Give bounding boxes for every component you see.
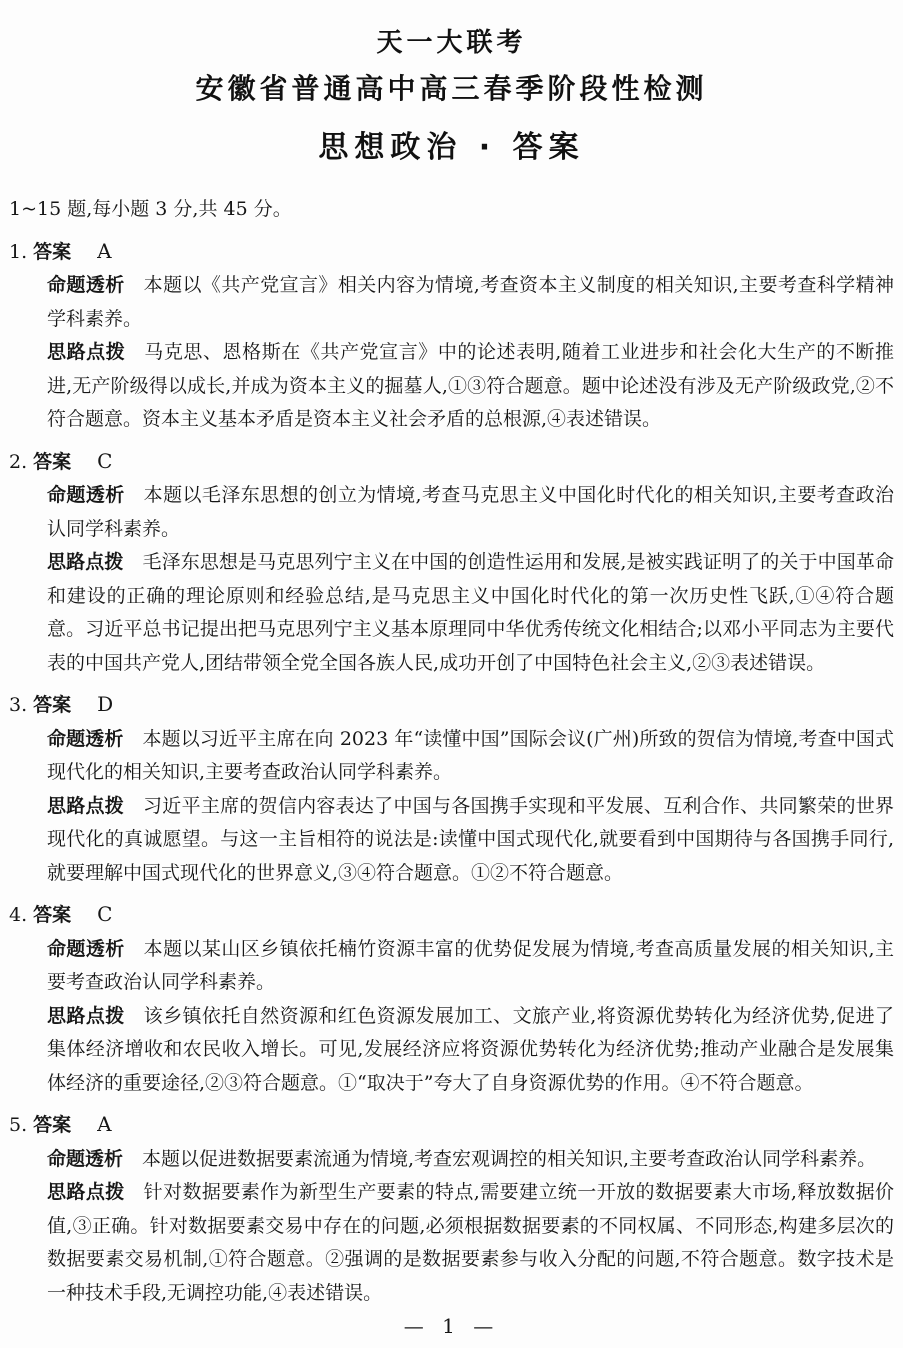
answer-line: 3.答案D bbox=[9, 688, 894, 723]
answer-line: 4.答案C bbox=[9, 898, 894, 933]
answer-letter: C bbox=[97, 449, 112, 473]
scoring-note: 1~15 题,每小题 3 分,共 45 分。 bbox=[9, 193, 894, 227]
question-number: 4. bbox=[9, 904, 33, 926]
subject-answer-title: 思想政治 · 答案 bbox=[0, 131, 903, 165]
answer-label: 答案 bbox=[33, 694, 97, 716]
answer-label: 答案 bbox=[33, 451, 97, 473]
tips-paragraph: 思路点拨习近平主席的贺信内容表达了中国与各国携手实现和平发展、互利合作、共同繁荣… bbox=[9, 790, 894, 891]
tips-text: 毛泽东思想是马克思列宁主义在中国的创造性运用和发展,是被实践证明了的关于中国革命… bbox=[47, 551, 894, 674]
analysis-text: 本题以《共产党宣言》相关内容为情境,考查资本主义制度的相关知识,主要考查科学精神… bbox=[47, 274, 894, 330]
question-number: 3. bbox=[9, 694, 33, 716]
tips-paragraph: 思路点拨马克思、恩格斯在《共产党宣言》中的论述表明,随着工业进步和社会化大生产的… bbox=[9, 336, 894, 437]
question-block-2: 2.答案C 命题透析本题以毛泽东思想的创立为情境,考查马克思主义中国化时代化的相… bbox=[9, 445, 894, 681]
answer-line: 1.答案A bbox=[9, 235, 894, 270]
page-header: 天一大联考 安徽省普通高中高三春季阶段性检测 思想政治 · 答案 bbox=[0, 0, 903, 165]
question-number: 1. bbox=[9, 241, 33, 263]
tips-label: 思路点拨 bbox=[47, 1181, 125, 1203]
tips-label: 思路点拨 bbox=[47, 795, 124, 817]
tips-text: 习近平主席的贺信内容表达了中国与各国携手实现和平发展、互利合作、共同繁荣的世界现… bbox=[47, 795, 894, 884]
answer-sheet-page: 天一大联考 安徽省普通高中高三春季阶段性检测 思想政治 · 答案 1~15 题,… bbox=[0, 0, 903, 1348]
tips-text: 该乡镇依托自然资源和红色资源发展加工、文旅产业,将资源优势转化为经济优势,促进了… bbox=[47, 1005, 894, 1094]
analysis-text: 本题以习近平主席在向 2023 年“读懂中国”国际会议(广州)所致的贺信为情境,… bbox=[47, 728, 894, 784]
question-block-1: 1.答案A 命题透析本题以《共产党宣言》相关内容为情境,考查资本主义制度的相关知… bbox=[9, 235, 894, 437]
analysis-label: 命题透析 bbox=[47, 938, 125, 960]
tips-label: 思路点拨 bbox=[47, 341, 125, 363]
answer-line: 2.答案C bbox=[9, 445, 894, 480]
answer-letter: D bbox=[97, 692, 113, 716]
exam-brand-title: 天一大联考 bbox=[0, 28, 903, 58]
question-block-4: 4.答案C 命题透析本题以某山区乡镇依托楠竹资源丰富的优势促发展为情境,考查高质… bbox=[9, 898, 894, 1100]
analysis-text: 本题以毛泽东思想的创立为情境,考查马克思主义中国化时代化的相关知识,主要考查政治… bbox=[47, 484, 894, 540]
analysis-paragraph: 命题透析本题以毛泽东思想的创立为情境,考查马克思主义中国化时代化的相关知识,主要… bbox=[9, 479, 894, 546]
answer-label: 答案 bbox=[33, 1114, 97, 1136]
analysis-text: 本题以促进数据要素流通为情境,考查宏观调控的相关知识,主要考查政治认同学科素养。 bbox=[142, 1148, 876, 1170]
analysis-label: 命题透析 bbox=[47, 728, 123, 750]
answer-label: 答案 bbox=[33, 241, 97, 263]
tips-label: 思路点拨 bbox=[47, 1005, 125, 1027]
answer-letter: A bbox=[97, 1112, 111, 1136]
question-block-3: 3.答案D 命题透析本题以习近平主席在向 2023 年“读懂中国”国际会议(广州… bbox=[9, 688, 894, 890]
answer-line: 5.答案A bbox=[9, 1108, 894, 1143]
analysis-label: 命题透析 bbox=[47, 274, 125, 296]
answer-label: 答案 bbox=[33, 904, 97, 926]
tips-paragraph: 思路点拨该乡镇依托自然资源和红色资源发展加工、文旅产业,将资源优势转化为经济优势… bbox=[9, 1000, 894, 1101]
tips-paragraph: 思路点拨针对数据要素作为新型生产要素的特点,需要建立统一开放的数据要素大市场,释… bbox=[9, 1176, 894, 1310]
analysis-paragraph: 命题透析本题以某山区乡镇依托楠竹资源丰富的优势促发展为情境,考查高质量发展的相关… bbox=[9, 933, 894, 1000]
question-number: 5. bbox=[9, 1114, 33, 1136]
exam-name-title: 安徽省普通高中高三春季阶段性检测 bbox=[0, 73, 903, 105]
answer-letter: A bbox=[97, 239, 111, 263]
analysis-paragraph: 命题透析本题以《共产党宣言》相关内容为情境,考查资本主义制度的相关知识,主要考查… bbox=[9, 269, 894, 336]
question-block-5: 5.答案A 命题透析本题以促进数据要素流通为情境,考查宏观调控的相关知识,主要考… bbox=[9, 1108, 894, 1310]
page-number: — 1 — bbox=[0, 1314, 903, 1338]
analysis-label: 命题透析 bbox=[47, 1148, 123, 1170]
analysis-paragraph: 命题透析本题以促进数据要素流通为情境,考查宏观调控的相关知识,主要考查政治认同学… bbox=[9, 1143, 894, 1177]
analysis-label: 命题透析 bbox=[47, 484, 125, 506]
tips-text: 针对数据要素作为新型生产要素的特点,需要建立统一开放的数据要素大市场,释放数据价… bbox=[47, 1181, 894, 1304]
answer-letter: C bbox=[97, 902, 112, 926]
tips-label: 思路点拨 bbox=[47, 551, 123, 573]
analysis-paragraph: 命题透析本题以习近平主席在向 2023 年“读懂中国”国际会议(广州)所致的贺信… bbox=[9, 723, 894, 790]
tips-paragraph: 思路点拨毛泽东思想是马克思列宁主义在中国的创造性运用和发展,是被实践证明了的关于… bbox=[9, 546, 894, 680]
answers-content: 1~15 题,每小题 3 分,共 45 分。 1.答案A 命题透析本题以《共产党… bbox=[0, 193, 903, 1310]
tips-text: 马克思、恩格斯在《共产党宣言》中的论述表明,随着工业进步和社会化大生产的不断推进… bbox=[47, 341, 894, 430]
analysis-text: 本题以某山区乡镇依托楠竹资源丰富的优势促发展为情境,考查高质量发展的相关知识,主… bbox=[47, 938, 894, 994]
question-number: 2. bbox=[9, 451, 33, 473]
